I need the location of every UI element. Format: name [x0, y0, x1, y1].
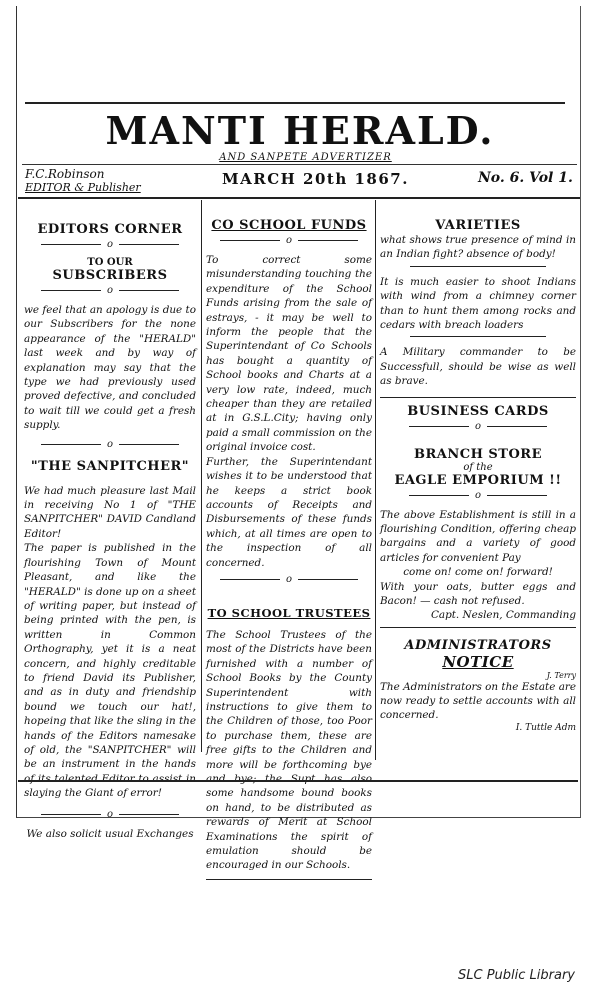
- issue-number: No. 6. Vol 1.: [478, 170, 573, 186]
- header-bottom-rule: [18, 197, 580, 199]
- column-school: CO SCHOOL FUNDS o To correct some misund…: [206, 218, 372, 886]
- school-funds-heading: CO SCHOOL FUNDS: [206, 218, 372, 233]
- to-our-label: TO OUR: [24, 257, 196, 268]
- eagle-emporium-heading: EAGLE EMPORIUM !!: [380, 473, 576, 488]
- school-funds-paragraph-2: Further, the Superintendant wishes it to…: [206, 455, 372, 570]
- notice-heading: NOTICE: [380, 653, 576, 671]
- school-funds-paragraph-1: To correct some misunderstanding touchin…: [206, 253, 372, 455]
- apology-paragraph: we feel that an apology is due to our Su…: [24, 303, 196, 433]
- ornament-divider: o: [24, 809, 196, 821]
- variety-item-3: A Military commander to be Successfull, …: [380, 345, 576, 388]
- top-rule: [25, 102, 565, 104]
- estate-name: J. Terry: [380, 671, 576, 680]
- store-signature: Capt. Neslen, Commanding: [380, 609, 576, 621]
- section-rule: [206, 879, 372, 880]
- administrators-signature: I. Tuttle Adm: [380, 723, 576, 733]
- editor-role: EDITOR & Publisher: [25, 181, 141, 194]
- bottom-rule: [18, 780, 578, 782]
- ornament-divider: o: [206, 235, 372, 247]
- ornament-divider: o: [24, 285, 196, 297]
- school-trustees-paragraph: The School Trustees of the most of the D…: [206, 628, 372, 873]
- section-rule: [410, 266, 546, 267]
- column-editors-corner: EDITORS CORNER o TO OUR SUBSCRIBERS o we…: [24, 222, 196, 841]
- administrators-heading: ADMINISTRATORS: [380, 638, 576, 653]
- ornament-divider: o: [24, 439, 196, 451]
- exchanges-note: We also solicit usual Exchanges: [24, 827, 196, 841]
- column-divider-2: [375, 200, 376, 760]
- section-rule: [380, 397, 576, 398]
- ornament-divider: o: [380, 421, 576, 433]
- branch-store-heading: BRANCH STORE: [380, 447, 576, 462]
- administrators-paragraph: The Administrators on the Estate are now…: [380, 680, 576, 723]
- business-cards-heading: BUSINESS CARDS: [380, 404, 576, 419]
- sanpitcher-heading: "THE SANPITCHER": [24, 459, 196, 474]
- subtitle-rule: [22, 164, 577, 165]
- varieties-heading: VARIETIES: [380, 218, 576, 233]
- sanpitcher-paragraph-1: We had much pleasure last Mail in receiv…: [24, 484, 196, 542]
- newspaper-subtitle: AND SANPETE ADVERTIZER: [0, 152, 611, 163]
- store-payment-note: With your oats, butter eggs and Bacon! —…: [380, 580, 576, 609]
- of-the-label: of the: [380, 462, 576, 473]
- editor-name: F.C.Robinson: [25, 168, 141, 181]
- ornament-divider: o: [24, 239, 196, 251]
- subscribers-heading: SUBSCRIBERS: [24, 268, 196, 283]
- issue-date: MARCH 20th 1867.: [222, 170, 409, 188]
- ornament-divider: o: [380, 490, 576, 502]
- column-divider-1: [201, 200, 202, 752]
- library-attribution: SLC Public Library: [458, 968, 575, 983]
- section-rule: [380, 627, 576, 628]
- variety-item-1: what shows true presence of mind in an I…: [380, 233, 576, 262]
- sanpitcher-paragraph-2: The paper is published in the flourishin…: [24, 541, 196, 800]
- column-varieties: VARIETIES what shows true presence of mi…: [380, 218, 576, 733]
- school-trustees-heading: TO SCHOOL TRUSTEES: [206, 606, 372, 620]
- newspaper-title: MANTI HERALD.: [20, 108, 580, 153]
- store-paragraph: The above Establishment is still in a fl…: [380, 508, 576, 566]
- store-call-to-action: come on! come on! forward!: [380, 565, 576, 579]
- editors-corner-heading: EDITORS CORNER: [24, 222, 196, 237]
- variety-item-2: It is much easier to shoot Indians with …: [380, 275, 576, 333]
- ornament-divider: o: [206, 574, 372, 586]
- section-rule: [410, 336, 546, 337]
- editor-block: F.C.Robinson EDITOR & Publisher: [25, 168, 141, 194]
